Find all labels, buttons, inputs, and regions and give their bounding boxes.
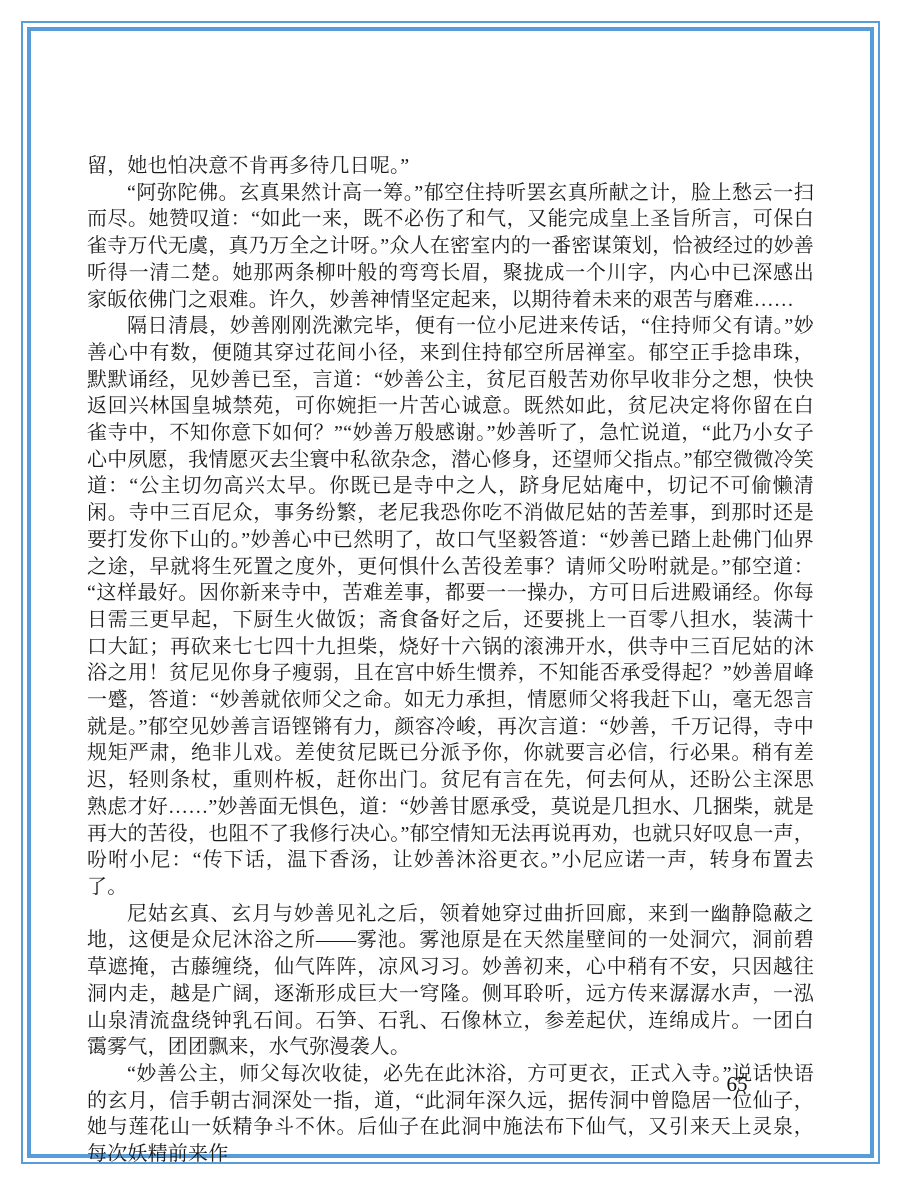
- page-text-block: 留，她也怕决意不肯再多待几日呢。” “阿弥陀佛。玄真果然计高一筹。”郁空住持听罢…: [87, 153, 814, 1168]
- paragraph-4: 尼姑玄真、玄月与妙善见礼之后，领着她穿过曲折回廊，来到一幽静隐蔽之地，这便是众尼…: [87, 901, 814, 1061]
- paragraph-1: 留，她也怕决意不肯再多待几日呢。”: [87, 153, 814, 180]
- paragraph-3: 隔日清晨，妙善刚刚洗漱完毕，便有一位小尼进来传话，“住持师父有请。”妙善心中有数…: [87, 313, 814, 900]
- paragraph-5: “妙善公主，师父每次收徒，必先在此沐浴，方可更衣，正式入寺。”说话快语的玄月，信…: [87, 1061, 814, 1168]
- paragraph-2: “阿弥陀佛。玄真果然计高一筹。”郁空住持听罢玄真所献之计，脸上愁云一扫而尽。她赞…: [87, 180, 814, 314]
- book-page: 留，她也怕决意不肯再多待几日呢。” “阿弥陀佛。玄真果然计高一筹。”郁空住持听罢…: [0, 0, 900, 1184]
- page-number: 65: [712, 1072, 762, 1097]
